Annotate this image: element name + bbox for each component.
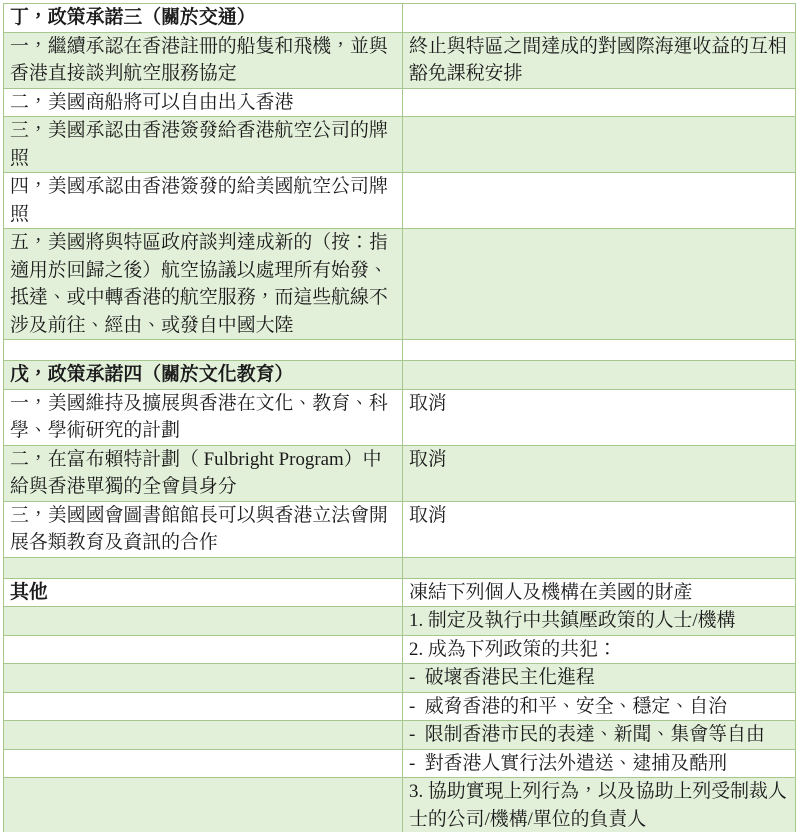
table-row <box>4 340 796 361</box>
policy-commitment-cell: 一，繼續承認在香港註冊的船隻和飛機，並與香港直接談判航空服務協定 <box>4 32 403 88</box>
policy-commitment-cell <box>4 721 403 750</box>
table-row: 2. 成為下列政策的共犯： <box>4 635 796 664</box>
policy-commitment-cell: 三，美國國會圖書館館長可以與香港立法會開展各類教育及資訊的合作 <box>4 501 403 557</box>
us-action-cell <box>403 361 796 390</box>
policy-commitment-cell: 三，美國承認由香港簽發給香港航空公司的牌照 <box>4 117 403 173</box>
us-action-cell: 取消 <box>403 389 796 445</box>
policy-commitment-cell: 一，美國維持及擴展與香港在文化、教育、科學、學術研究的計劃 <box>4 389 403 445</box>
table-row: 三，美國承認由香港簽發給香港航空公司的牌照 <box>4 117 796 173</box>
us-action-cell <box>403 88 796 117</box>
table-row: 四，美國承認由香港簽發的給美國航空公司牌照 <box>4 173 796 229</box>
us-action-cell: 終止與特區之間達成的對國際海運收益的互相豁免課稅安排 <box>403 32 796 88</box>
table-row: 五，美國將與特區政府談判達成新的（按：指適用於回歸之後）航空協議以處理所有始發、… <box>4 229 796 340</box>
policy-commitments-table: 丁，政策承諾三（關於交通） 一，繼續承認在香港註冊的船隻和飛機，並與香港直接談判… <box>3 3 796 832</box>
policy-commitment-cell: 二，在富布賴特計劃（ Fulbright Program）中給與香港單獨的全會員… <box>4 445 403 501</box>
us-action-cell <box>403 229 796 340</box>
table-row: 丁，政策承諾三（關於交通） <box>4 4 796 33</box>
policy-commitment-cell <box>4 340 403 361</box>
policy-commitment-cell <box>4 749 403 778</box>
table-row: 戊，政策承諾四（關於文化教育） <box>4 361 796 390</box>
us-action-cell: 凍結下列個人及機構在美國的財產 <box>403 578 796 607</box>
policy-table-body: 丁，政策承諾三（關於交通） 一，繼續承認在香港註冊的船隻和飛機，並與香港直接談判… <box>4 4 796 832</box>
us-action-cell <box>403 173 796 229</box>
table-row: - 對香港人實行法外遣送、逮捕及酷刑 <box>4 749 796 778</box>
us-action-cell: 1. 制定及執行中共鎮壓政策的人士/機構 <box>403 607 796 636</box>
us-action-cell: 取消 <box>403 501 796 557</box>
table-row: - 威脅香港的和平、安全、穩定、自治 <box>4 692 796 721</box>
policy-commitment-cell: 四，美國承認由香港簽發的給美國航空公司牌照 <box>4 173 403 229</box>
policy-commitment-cell <box>4 607 403 636</box>
us-action-cell <box>403 4 796 33</box>
table-row <box>4 557 796 578</box>
policy-commitment-cell: 二，美國商船將可以自由出入香港 <box>4 88 403 117</box>
us-action-cell: - 破壞香港民主化進程 <box>403 664 796 693</box>
policy-commitment-cell: 戊，政策承諾四（關於文化教育） <box>4 361 403 390</box>
policy-commitment-cell <box>4 557 403 578</box>
table-row: 三，美國國會圖書館館長可以與香港立法會開展各類教育及資訊的合作 取消 <box>4 501 796 557</box>
table-row: 3. 協助實現上列行為，以及協助上列受制裁人士的公司/機構/單位的負責人 <box>4 778 796 832</box>
us-action-cell: - 對香港人實行法外遣送、逮捕及酷刑 <box>403 749 796 778</box>
table-row: 1. 制定及執行中共鎮壓政策的人士/機構 <box>4 607 796 636</box>
policy-commitment-cell <box>4 778 403 832</box>
table-row: - 破壞香港民主化進程 <box>4 664 796 693</box>
table-row: 二，在富布賴特計劃（ Fulbright Program）中給與香港單獨的全會員… <box>4 445 796 501</box>
us-action-cell <box>403 117 796 173</box>
policy-commitment-cell <box>4 635 403 664</box>
policy-commitment-cell <box>4 664 403 693</box>
us-action-cell: - 限制香港市民的表達、新聞、集會等自由 <box>403 721 796 750</box>
us-action-cell: 2. 成為下列政策的共犯： <box>403 635 796 664</box>
us-action-cell: - 威脅香港的和平、安全、穩定、自治 <box>403 692 796 721</box>
us-action-cell <box>403 340 796 361</box>
document-page: 丁，政策承諾三（關於交通） 一，繼續承認在香港註冊的船隻和飛機，並與香港直接談判… <box>0 0 800 832</box>
us-action-cell: 3. 協助實現上列行為，以及協助上列受制裁人士的公司/機構/單位的負責人 <box>403 778 796 832</box>
policy-commitment-cell <box>4 692 403 721</box>
us-action-cell: 取消 <box>403 445 796 501</box>
policy-commitment-cell: 五，美國將與特區政府談判達成新的（按：指適用於回歸之後）航空協議以處理所有始發、… <box>4 229 403 340</box>
table-row: 一，美國維持及擴展與香港在文化、教育、科學、學術研究的計劃 取消 <box>4 389 796 445</box>
us-action-cell <box>403 557 796 578</box>
table-row: - 限制香港市民的表達、新聞、集會等自由 <box>4 721 796 750</box>
table-row: 二，美國商船將可以自由出入香港 <box>4 88 796 117</box>
policy-commitment-cell: 其他 <box>4 578 403 607</box>
policy-commitment-cell: 丁，政策承諾三（關於交通） <box>4 4 403 33</box>
table-row: 一，繼續承認在香港註冊的船隻和飛機，並與香港直接談判航空服務協定 終止與特區之間… <box>4 32 796 88</box>
table-row: 其他 凍結下列個人及機構在美國的財產 <box>4 578 796 607</box>
